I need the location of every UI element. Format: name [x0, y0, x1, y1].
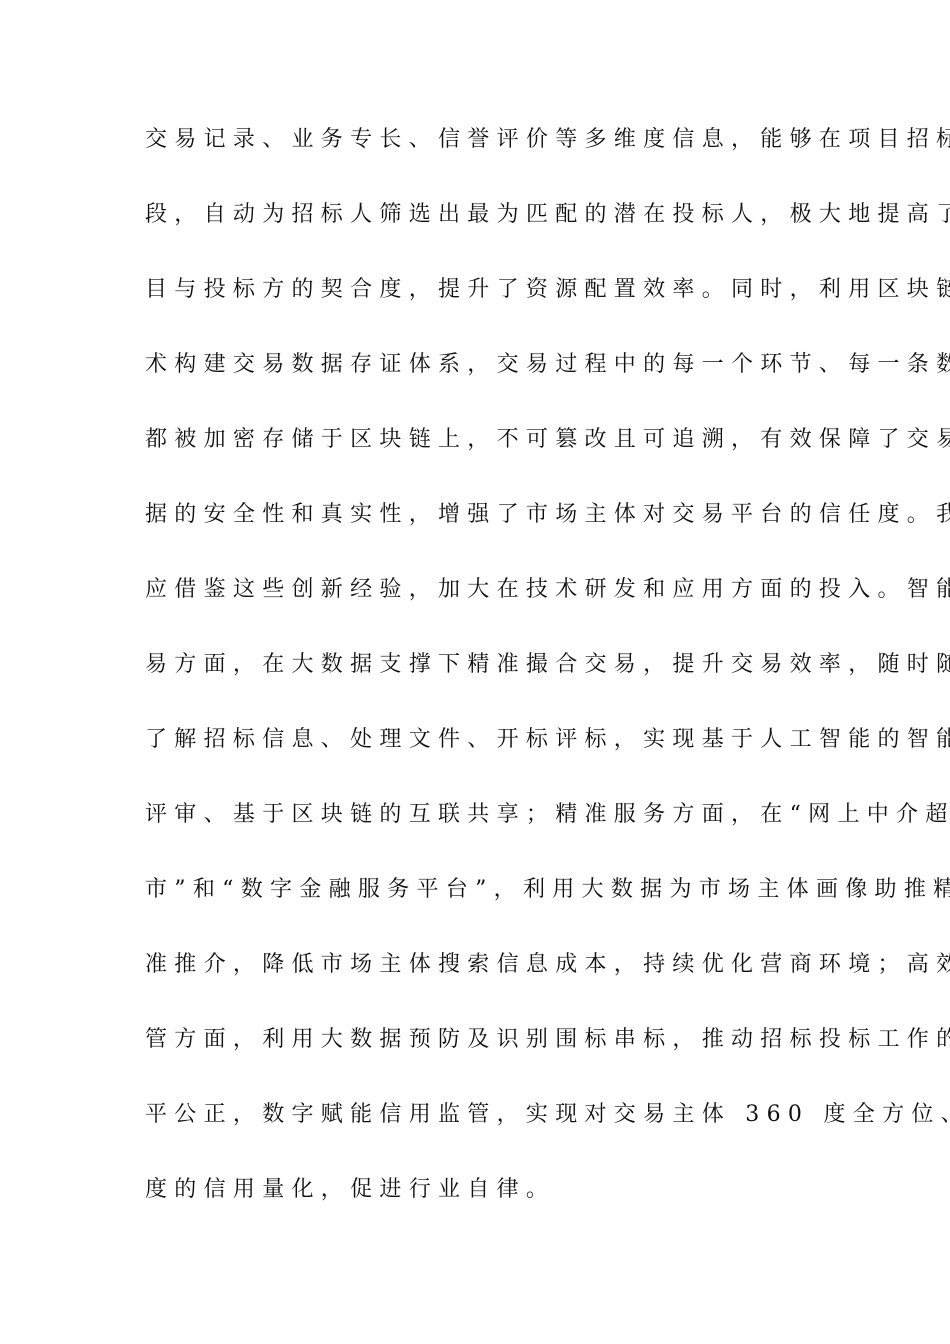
text-line-4: 术构建交易数据存证体系，交易过程中的每一个环节、每一条数据 — [145, 347, 807, 422]
text-line-15: 度的信用量化，促进行业自律。 — [145, 1172, 807, 1247]
text-line-8: 易方面，在大数据支撑下精准撮合交易，提升交易效率，随时随地 — [145, 647, 807, 722]
text-line-7: 应借鉴这些创新经验，加大在技术研发和应用方面的投入。智能交 — [145, 572, 807, 647]
text-line-3: 目与投标方的契合度，提升了资源配置效率。同时，利用区块链技 — [145, 272, 807, 347]
text-line-1: 交易记录、业务专长、信誉评价等多维度信息，能够在项目招标阶 — [145, 122, 807, 197]
text-line-14: 平公正，数字赋能信用监管，实现对交易主体 360 度全方位、多角 — [145, 1097, 807, 1172]
text-line-2: 段，自动为招标人筛选出最为匹配的潜在投标人，极大地提高了项 — [145, 197, 807, 272]
document-page: 交易记录、业务专长、信誉评价等多维度信息，能够在项目招标阶 段，自动为招标人筛选… — [0, 0, 950, 1344]
text-line-6: 据的安全性和真实性，增强了市场主体对交易平台的信任度。我们 — [145, 497, 807, 572]
text-line-11: 市”和“数字金融服务平台”，利用大数据为市场主体画像助推精 — [145, 872, 807, 947]
text-line-5: 都被加密存储于区块链上，不可篡改且可追溯，有效保障了交易数 — [145, 422, 807, 497]
text-line-10: 评审、基于区块链的互联共享；精准服务方面，在“网上中介超 — [145, 797, 807, 872]
body-paragraph: 交易记录、业务专长、信誉评价等多维度信息，能够在项目招标阶 段，自动为招标人筛选… — [145, 122, 807, 1247]
text-line-13: 管方面，利用大数据预防及识别围标串标，推动招标投标工作的公 — [145, 1022, 807, 1097]
text-line-9: 了解招标信息、处理文件、开标评标，实现基于人工智能的智能化 — [145, 722, 807, 797]
text-line-12: 准推介，降低市场主体搜索信息成本，持续优化营商环境；高效监 — [145, 947, 807, 1022]
